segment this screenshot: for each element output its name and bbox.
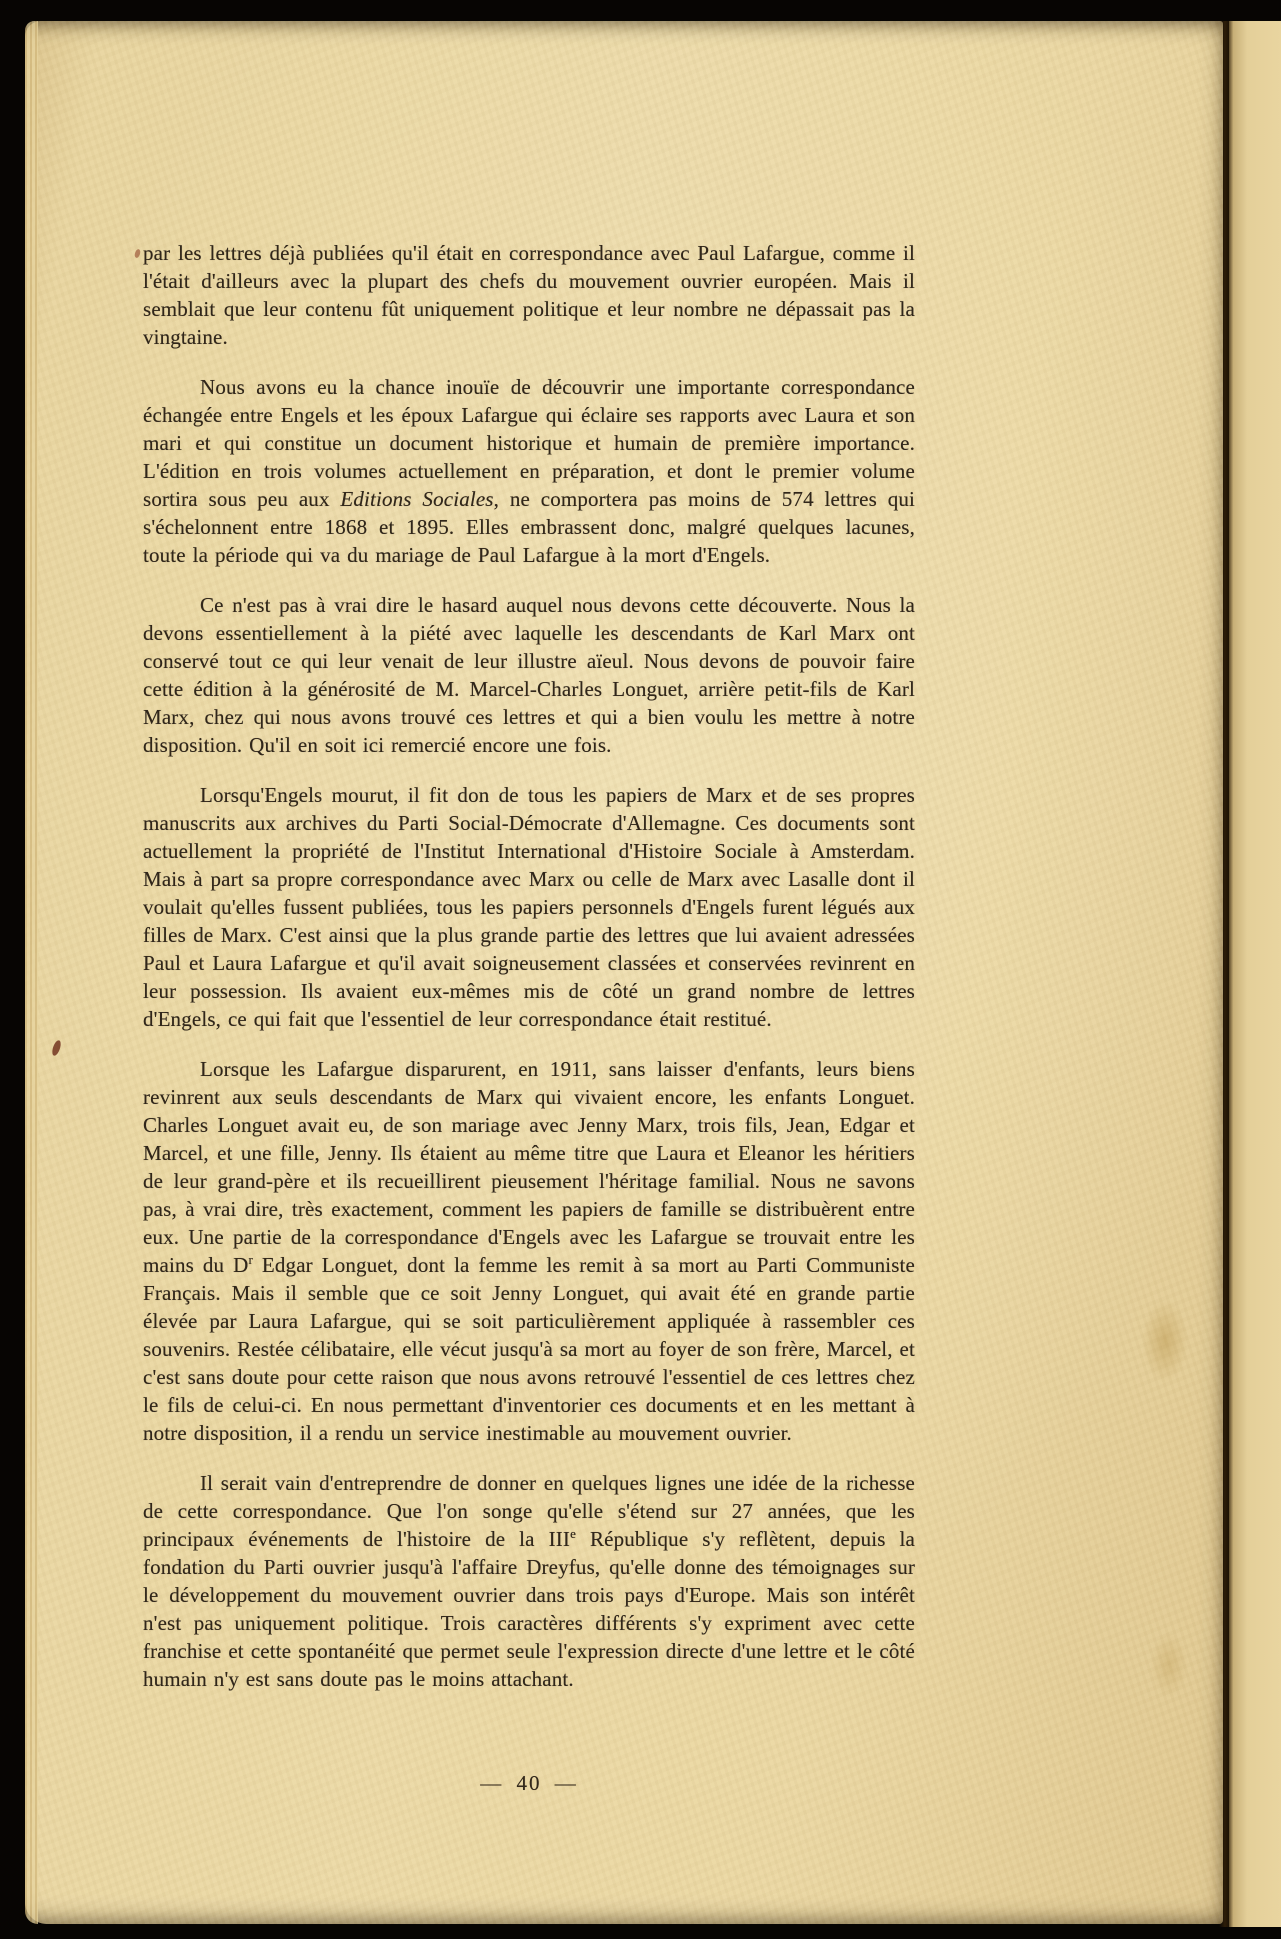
paragraph: Ce n'est pas à vrai dire le hasard auque… [143, 591, 915, 759]
paragraph: Lorsque les Lafargue disparurent, en 191… [143, 1055, 915, 1447]
text-run: Edgar Longuet, dont la femme les remit à… [143, 1253, 915, 1445]
page-text: par les lettres déjà publiées qu'il étai… [143, 239, 915, 1715]
paragraph: Il serait vain d'entreprendre de donner … [143, 1469, 915, 1693]
paragraph: Lorsqu'Engels mourut, il fit don de tous… [143, 781, 915, 1033]
text-run: République s'y reflètent, depuis la fond… [143, 1527, 915, 1691]
paragraph: par les lettres déjà publiées qu'il étai… [143, 239, 915, 351]
book-page: par les lettres déjà publiées qu'il étai… [25, 21, 1223, 1924]
book-scan: { "colors": { "background": "#070503", "… [0, 0, 1281, 1939]
text-run: Lorsqu'Engels mourut, il fit don de tous… [143, 783, 915, 1031]
page-edge-stack [25, 21, 38, 1924]
paragraph: Nous avons eu la chance inouïe de découv… [143, 373, 915, 569]
page-number: — 40 — [143, 1771, 915, 1796]
text-run: par les lettres déjà publiées qu'il étai… [143, 241, 915, 349]
text-run: Ce n'est pas à vrai dire le hasard auque… [143, 593, 915, 757]
text-run-italic: Editions Sociales [340, 487, 493, 511]
text-run: Lorsque les Lafargue disparurent, en 191… [143, 1057, 915, 1277]
next-page-sliver [1229, 21, 1281, 1927]
